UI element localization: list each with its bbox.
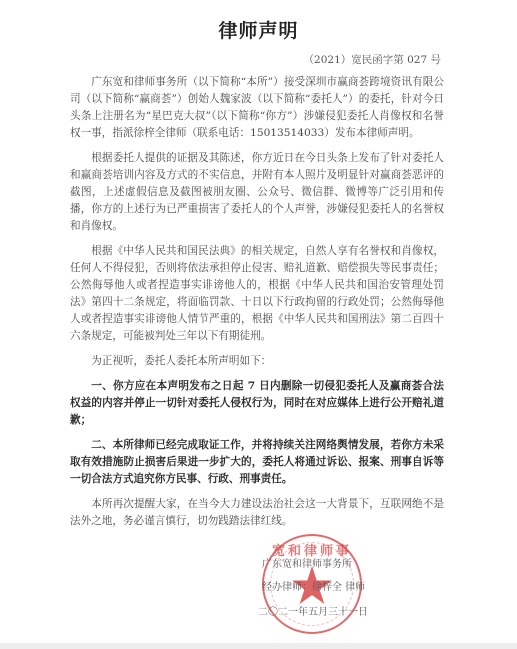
document-title: 律师声明 [0,16,517,43]
document-number: （2021）宽民函字第 027 号 [304,52,441,67]
paragraph-statement-lead: 为正视听，委托人委托本所声明如下： [70,353,444,370]
signature-firm: 广东宽和律师事务所 [262,555,392,570]
document-page: 律师声明 （2021）宽民函字第 027 号 广东宽和律师事务所（以下简称“本所… [0,0,517,649]
demand-item-1: 一、你方应在本声明发布之日起 7 日内删除一切侵犯委托人及赢商荟合法权益的内容并… [70,378,444,429]
page-bottom-edge [0,643,517,649]
document-body: 广东宽和律师事务所（以下简称“本所”）接受深圳市赢商荟跨境资讯有限公司（以下简称… [70,74,444,538]
demand-item-2: 二、本所律师已经完成取证工作，并将持续关注网络舆情发展，若你方未采取有效措施防止… [70,437,444,488]
paragraph-intro: 广东宽和律师事务所（以下简称“本所”）接受深圳市赢商荟跨境资讯有限公司（以下简称… [70,74,444,142]
signature-lawyer: 经办律师：徐梓全 律师 [262,578,392,593]
signature-date: 二〇二一年五月三十一日 [258,603,388,618]
paragraph-facts: 根据委托人提供的证据及其陈述，你方近日在今日头条上发布了针对委托人和赢商荟培训内… [70,150,444,235]
paragraph-closing: 本所再次提醒大家，在当今大力建设法治社会这一大背景下，互联网绝不是法外之地，务必… [70,496,444,530]
paragraph-legal-basis: 根据《中华人民共和国民法典》的相关规定，自然人享有名誉权和肖像权，任何人不得侵犯… [70,243,444,345]
